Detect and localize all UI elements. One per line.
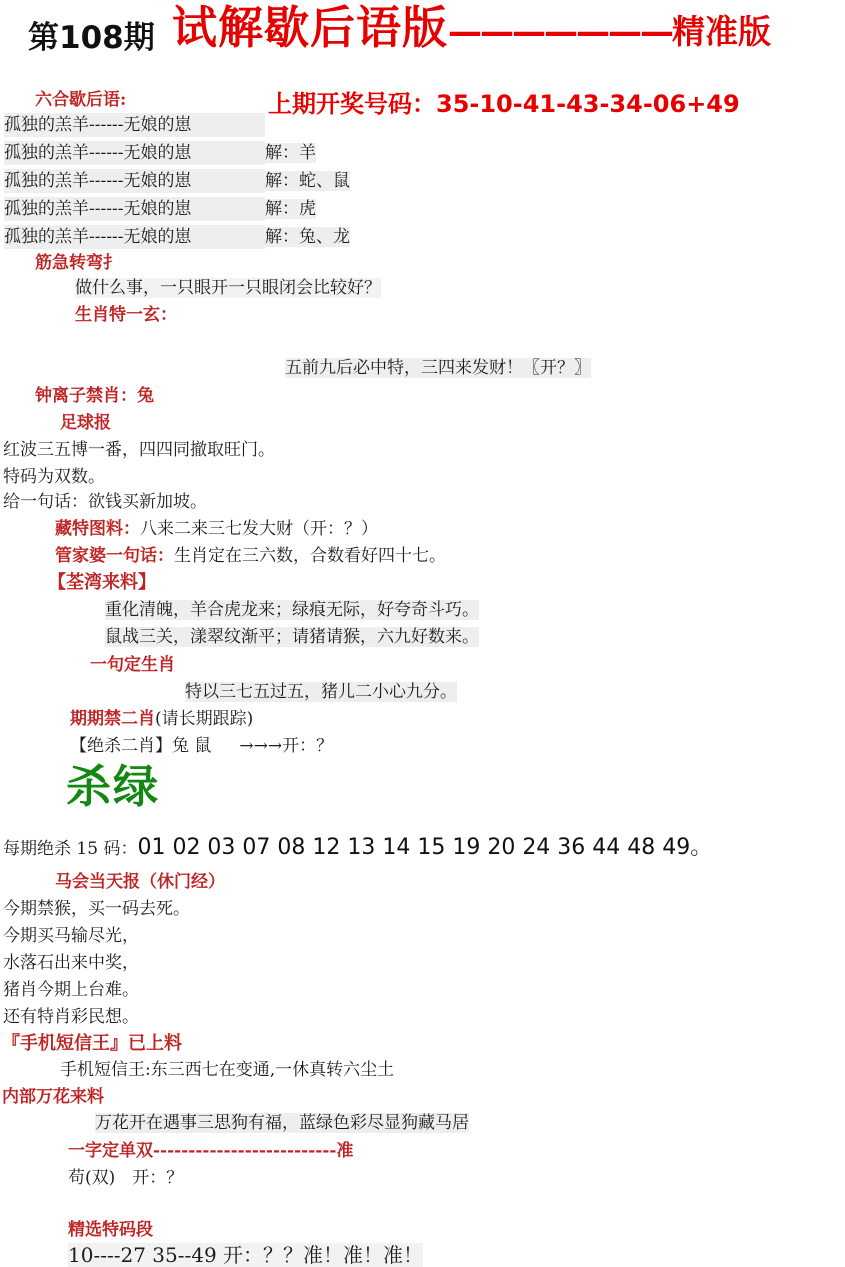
mahui-line: 水落石出来中奖， [3, 951, 139, 975]
yiju-text: 特以三七五过五，猪儿二小心九分。 [185, 680, 457, 704]
section-label-zhonglizi: 钟离子禁肖：兔 [35, 384, 154, 408]
issue-number: 第108期 [28, 26, 155, 50]
section-label-mahui: 马会当天报（休门经） [55, 870, 225, 894]
riddle-answer: 解：羊 [265, 143, 316, 163]
section-label-cangte: 藏特图料： [55, 519, 140, 539]
page-title: 试解歇后语版———————精准版 [172, 16, 771, 50]
page-title-main: 试解歇后语版 [172, 1, 448, 54]
riddle-answer: 解：兔、龙 [265, 227, 350, 247]
riddle-row: 孤独的羔羊------无娘的崽解：虎 [4, 197, 316, 221]
section-label-texuan: 精选特码段 [68, 1218, 153, 1242]
riddle-text: 孤独的羔羊------无娘的崽 [4, 113, 265, 137]
title-edition: 精准版 [672, 12, 771, 51]
kill-numbers-line: 每期绝杀 15 码：01 02 03 07 08 12 13 14 15 19 … [3, 836, 712, 861]
quanwan-line: 鼠战三关，漾翠纹渐平；请猪请猴，六九好数来。 [105, 625, 479, 649]
section-label-brain-teaser: 筋急转弯扌 [35, 251, 120, 275]
wanhua-text: 万花开在遇事三思狗有福，蓝绿色彩尽显狗藏马居 [95, 1111, 469, 1135]
lottery-tip-sheet: 第108期 试解歇后语版———————精准版 六合歇后语: 上期开奖号码：35-… [0, 0, 845, 1267]
kill-green-title: 杀绿 [66, 775, 160, 799]
guanjiapo-text: 生肖定在三六数，合数看好四十七。 [174, 546, 446, 566]
section-label-riddles: 六合歇后语: [35, 88, 126, 112]
mahui-line: 今期买马输尽光， [3, 924, 139, 948]
kill-numbers: 01 02 03 07 08 12 13 14 15 19 20 24 36 4… [137, 835, 712, 860]
riddle-row: 孤独的羔羊------无娘的崽解：羊 [4, 141, 316, 165]
riddle-text: 孤独的羔羊------无娘的崽 [4, 169, 265, 193]
mahui-line: 今期禁猴，买一码去死。 [3, 897, 190, 921]
title-dash: ——————— [448, 12, 672, 52]
riddle-row: 孤独的羔羊------无娘的崽 [4, 113, 265, 137]
football-line: 特码为双数。 [3, 465, 105, 489]
cangte-text: 八来二来三七发大财（开：？） [140, 519, 378, 539]
sms-text: 手机短信王:东三西七在变通,一休真转六尘土 [60, 1058, 394, 1082]
section-label-sms: 『手机短信王』已上料 [2, 1032, 182, 1056]
shengxiao-hint: 五前九后必中特，三四来发财！〖开？〗 [285, 356, 591, 380]
football-line: 红波三五博一番，四四同撤取旺门。 [3, 438, 275, 462]
section-label-quanwan: 【荃湾来料】 [48, 571, 156, 595]
riddle-row: 孤独的羔羊------无娘的崽解：兔、龙 [4, 225, 350, 249]
juesha-text: 【绝杀二肖】兔 鼠 [70, 736, 211, 756]
riddle-text: 孤独的羔羊------无娘的崽 [4, 197, 265, 221]
qiqi-line: 期期禁二肖(请长期跟踪) [70, 707, 253, 731]
riddle-text: 孤独的羔羊------无娘的崽 [4, 225, 265, 249]
cangte-line: 藏特图料：八来二来三七发大财（开：？） [55, 517, 378, 541]
riddle-text: 孤独的羔羊------无娘的崽 [4, 141, 265, 165]
texuan-text: 10----27 35--49 开：？？准！准！准！ [68, 1243, 423, 1267]
section-label-guanjiapo: 管家婆一句话： [55, 546, 174, 566]
section-label-football: 足球报 [60, 411, 111, 435]
mahui-line: 猪肖今期上台难。 [3, 978, 139, 1002]
section-label-danshuang: 一字定单双--------------------------准 [68, 1139, 353, 1163]
qiqi-note: (请长期跟踪) [155, 709, 253, 729]
riddle-row: 孤独的羔羊------无娘的崽解：蛇、鼠 [4, 169, 350, 193]
guanjiapo-line: 管家婆一句话：生肖定在三六数，合数看好四十七。 [55, 544, 446, 568]
danshuang-text: 苟(双) 开：？ [68, 1166, 183, 1190]
section-label-qiqi: 期期禁二肖 [70, 709, 155, 729]
mahui-line: 还有特肖彩民想。 [3, 1005, 139, 1029]
kill-numbers-label: 每期绝杀 15 码： [3, 839, 137, 859]
football-line: 给一句话：欲钱买新加坡。 [3, 490, 207, 514]
brain-teaser-text: 做什么事，一只眼开一只眼闭会比较好？ [75, 276, 381, 300]
riddle-answer: 解：蛇、鼠 [265, 171, 350, 191]
section-label-wanhua: 内部万花来料 [2, 1085, 104, 1109]
section-label-shengxiao: 生肖特一玄： [75, 303, 177, 327]
last-draw-numbers: 上期开奖号码：35-10-41-43-34-06+49 [268, 92, 740, 116]
riddle-answer: 解：虎 [265, 199, 316, 219]
juesha-line: 【绝杀二肖】兔 鼠→→→开：？ [70, 734, 333, 758]
juesha-arrows: →→→开：？ [239, 736, 333, 756]
quanwan-line: 重化清魄，羊合虎龙来；绿痕无际，好夸奇斗巧。 [105, 598, 479, 622]
section-label-yiju: 一句定生肖 [90, 653, 175, 677]
